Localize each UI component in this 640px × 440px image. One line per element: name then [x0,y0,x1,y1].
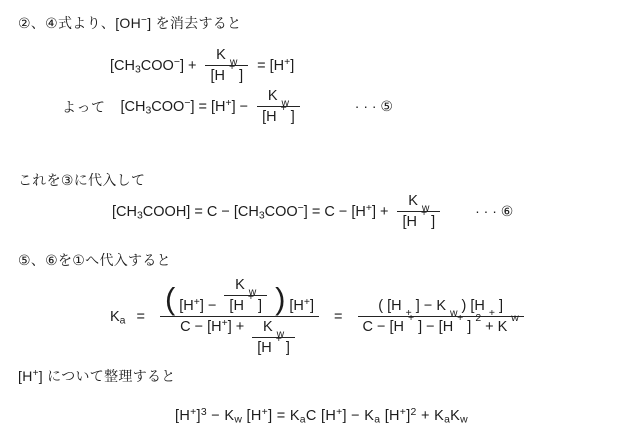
equation-ka: Ka = ( [H+] − Kw [H+] ) [H+] C − [H+] + … [110,277,528,356]
eq-ka-left-numerator: ( [H+] − Kw [H+] ) [H+] [160,277,319,316]
eq5-lhs: [CH3COO−] = [H+] − [121,99,249,115]
eq-ka-left-num-inner-fraction: Kw [H+] [224,277,267,314]
close-paren: ) [275,285,285,313]
eq5-frac-numerator: Kw [263,88,294,106]
eq-ka-right-numerator: ( [H+] − Kw ) [H+] [373,298,508,316]
equation-5: よって [CH3COO−] = [H+] − Kw [H+] · · · ⑤ [62,88,393,125]
eq-sum-fraction: Kw [H+] [205,47,248,84]
eq-ka-left-den-inner-fraction: Kw [H+] [252,319,295,356]
inner-frac-numerator: Kw [230,277,261,295]
equation-charge-balance: [CH3COO−] + Kw [H+] = [H+] [110,47,294,84]
eq6-fraction: Kw [H+] [397,193,440,230]
open-paren: ( [165,285,175,313]
eq-ka-left-den-term1: C − [H+] + [180,319,244,335]
eq6-lhs: [CH3COOH] = C − [CH3COO−] = C − [H+] + [112,204,388,220]
step-text-rearrange: [H+] について整理すると [18,366,176,386]
eq5-prefix: よって [62,97,106,117]
step-text-substitute-5-6: ⑤、⑥を①へ代入すると [18,250,171,270]
inner-frac-numerator: Kw [258,319,289,337]
step-text-eliminate-oh: ②、④式より、[OH−] を消去すると [18,13,241,33]
eq-sum-frac-denominator: [H+] [205,65,248,84]
eq-ka-right-denominator: C − [H+] − [H+]2 + Kw [358,316,524,335]
eq6-frac-denominator: [H+] [397,211,440,230]
eq-ka-lhs: Ka [110,309,125,325]
eq5-fraction: Kw [H+] [257,88,300,125]
eq-ka-fraction-left: ( [H+] − Kw [H+] ) [H+] C − [H+] + Kw [H… [160,277,319,356]
equation-final-cubic: [H+]3 − Kw [H+] = KaC [H+] − Ka [H+]2 + … [175,408,468,424]
eq-ka-left-num-term1: [H+] − [179,298,216,314]
eq-ka-fraction-right: ( [H+] − Kw ) [H+] C − [H+] − [H+]2 + Kw [358,298,524,335]
eq6-frac-numerator: Kw [403,193,434,211]
eq-ka-left-denominator: C − [H+] + Kw [H+] [160,316,319,356]
eq5-frac-denominator: [H+] [257,106,300,125]
inner-frac-denominator: [H+] [224,295,267,314]
eq-sum-lhs: [CH3COO−] + [110,58,196,74]
eq-ka-equals-2: = [334,309,342,325]
eq-ka-equals-1: = [136,309,144,325]
eq6-number-label: · · · ⑥ [475,203,513,220]
eq-sum-rhs: = [H+] [257,58,294,74]
step-text-substitute-3: これを③に代入して [18,170,145,190]
eq-ka-left-num-term2: [H+] [289,298,314,314]
eq-sum-frac-numerator: Kw [211,47,242,65]
equation-6: [CH3COOH] = C − [CH3COO−] = C − [H+] + K… [112,193,513,230]
inner-frac-denominator: [H+] [252,337,295,356]
document-page: ②、④式より、[OH−] を消去すると [CH3COO−] + Kw [H+] … [0,0,640,440]
eq5-number-label: · · · ⑤ [355,98,393,115]
